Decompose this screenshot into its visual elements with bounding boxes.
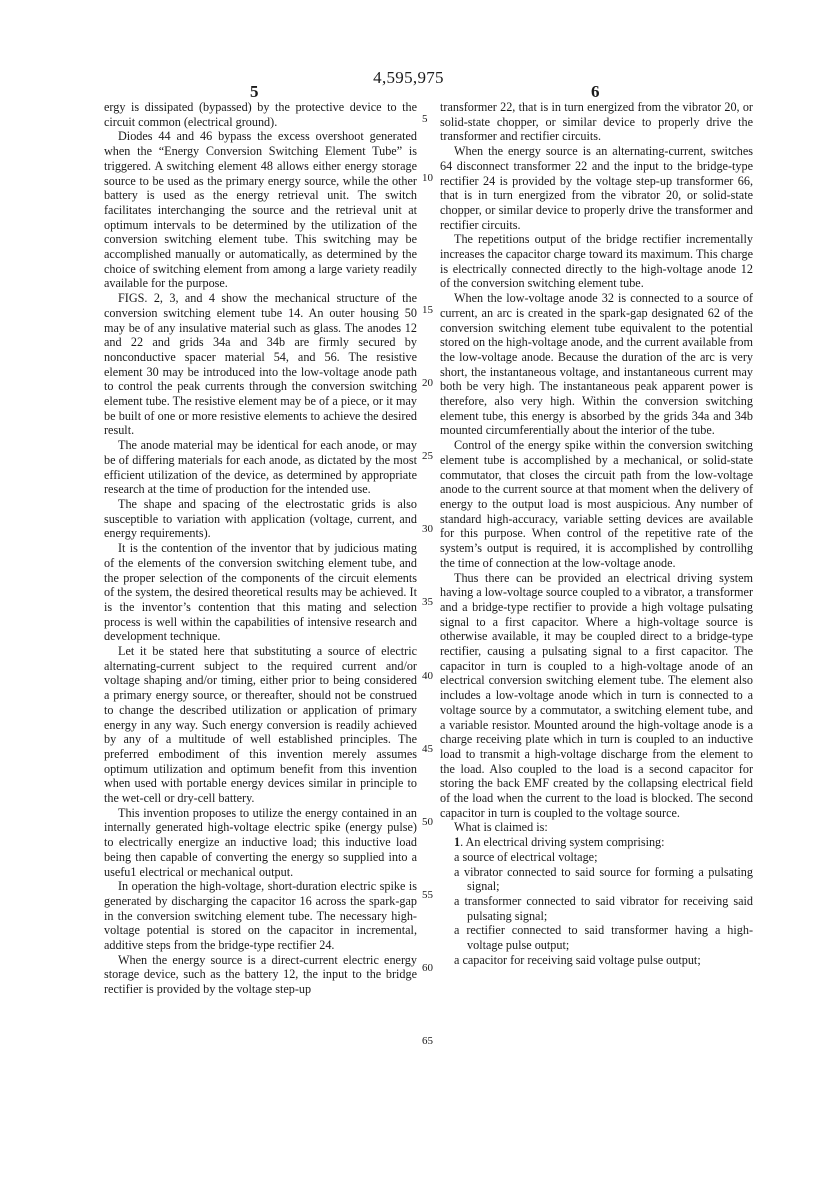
paragraph: ergy is dissipated (bypassed) by the pro… [104,100,417,129]
paragraph: When the energy source is an alternating… [440,144,753,232]
paragraph: Let it be stated here that substituting … [104,644,417,806]
paragraph: FIGS. 2, 3, and 4 show the mechanical st… [104,291,417,438]
claim-preamble-text: . An electrical driving system comprisin… [460,835,664,849]
left-column-number: 5 [250,82,259,102]
line-number: 15 [422,304,433,316]
left-text-column: ergy is dissipated (bypassed) by the pro… [104,100,417,997]
right-column-number: 6 [591,82,600,102]
paragraph: When the low-voltage anode 32 is connect… [440,291,753,438]
paragraph: The repetitions output of the bridge rec… [440,232,753,291]
claim-1-preamble: 1. An electrical driving system comprisi… [440,835,753,850]
paragraph: This invention proposes to utilize the e… [104,806,417,880]
line-number: 40 [422,670,433,682]
claim-element: a transformer connected to said vibrator… [440,894,753,923]
line-number: 25 [422,450,433,462]
paragraph: When the energy source is a direct-curre… [104,953,417,997]
right-text-column: transformer 22, that is in turn energize… [440,100,753,967]
claim-element: a rectifier connected to said transforme… [440,923,753,952]
line-number: 45 [422,743,433,755]
claims-intro: What is claimed is: [440,820,753,835]
line-number: 55 [422,889,433,901]
paragraph: transformer 22, that is in turn energize… [440,100,753,144]
line-number: 65 [422,1035,433,1047]
paragraph: The shape and spacing of the electrostat… [104,497,417,541]
line-number: 35 [422,596,433,608]
paragraph: Control of the energy spike within the c… [440,438,753,570]
line-number: 30 [422,523,433,535]
line-number: 10 [422,172,433,184]
claim-element: a source of electrical voltage; [440,850,753,865]
paragraph: The anode material may be identical for … [104,438,417,497]
line-number: 20 [422,377,433,389]
patent-number: 4,595,975 [0,68,817,88]
claim-element: a vibrator connected to said source for … [440,865,753,894]
paragraph: It is the contention of the inventor tha… [104,541,417,644]
line-number: 60 [422,962,433,974]
line-number: 5 [422,113,428,125]
line-number: 50 [422,816,433,828]
paragraph: In operation the high-voltage, short-dur… [104,879,417,953]
paragraph: Thus there can be provided an electrical… [440,571,753,821]
claim-element: a capacitor for receiving said voltage p… [440,953,753,968]
paragraph: Diodes 44 and 46 bypass the excess overs… [104,129,417,291]
